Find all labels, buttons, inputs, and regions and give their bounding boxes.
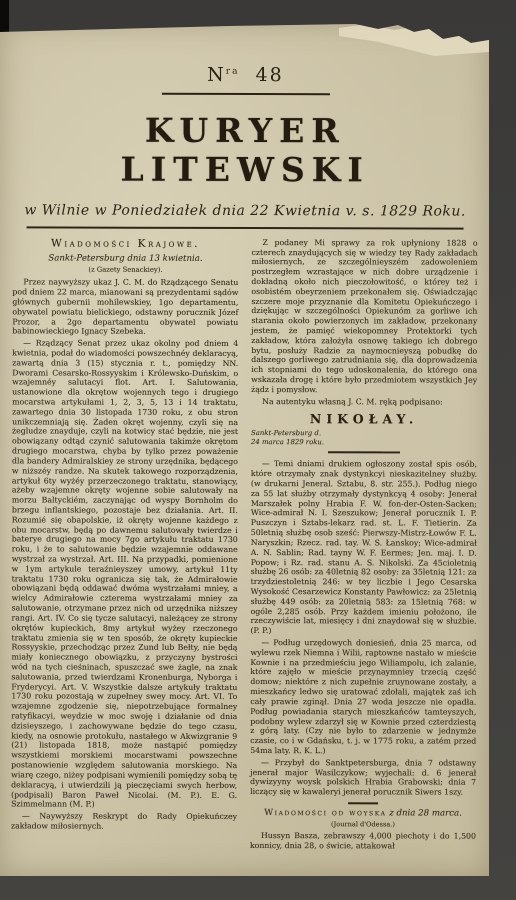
paragraph: Przez naywyższy ukaz J. C. M. do Rządząc… bbox=[12, 278, 238, 337]
newspaper-sheet: Nra 48 KURYER LITEWSKI w Wilnie w Ponied… bbox=[0, 22, 489, 876]
rescript-paragraph: Z podaney Mi sprawy za rok upłyniony 182… bbox=[251, 238, 477, 396]
article-dateline: Sankt-Petersburg dnia 13 kwietnia. bbox=[12, 253, 238, 264]
section-divider-rule bbox=[328, 451, 400, 453]
paragraph: — Podług urzędowych doniesień, dnia 25 m… bbox=[250, 638, 476, 756]
masthead-rule bbox=[27, 226, 464, 229]
right-column: Z podaney Mi sprawy za rok upłyniony 182… bbox=[250, 238, 478, 853]
issue-number: Nra 48 bbox=[13, 63, 478, 86]
army-news-source: (Journal d'Odessa.) bbox=[250, 820, 476, 829]
page-content: Nra 48 KURYER LITEWSKI w Wilnie w Ponied… bbox=[11, 45, 478, 853]
two-column-body: Wiadomości Krajowe. Sankt-Petersburg dni… bbox=[11, 237, 478, 853]
signature-date: 24 marca 1829 roku. bbox=[251, 438, 477, 448]
issue-prefix: N bbox=[207, 64, 226, 86]
army-heading-date: z dnia 28 marca. bbox=[387, 808, 462, 818]
imperial-signature: NIKOŁAY. bbox=[251, 411, 477, 427]
signature-intro: Na autentyku własną J. C. M. ręką podpis… bbox=[251, 397, 477, 407]
paragraph: — Naywyższy Reskrypt do Rady Opiekuńczey… bbox=[11, 812, 237, 832]
section-heading-domestic-news: Wiadomości Krajowe. bbox=[13, 237, 239, 251]
paragraph: — Rządzący Senat przez ukaz okolny pod d… bbox=[11, 339, 238, 811]
publication-dateline: w Wilnie w Poniedziałek dnia 22 Kwietnia… bbox=[13, 202, 478, 219]
paragraph: — Przybył do Sanktpetersburga, dnia 7 od… bbox=[250, 758, 476, 798]
right-column-paragraphs: — Temi dniami drukiem ogłoszony został s… bbox=[250, 459, 477, 797]
left-column-paragraphs: Przez naywyższy ukaz J. C. M. do Rządząc… bbox=[11, 278, 238, 832]
issue-superscript: ra bbox=[226, 67, 240, 77]
issue-value: 48 bbox=[256, 64, 284, 86]
issue-rule bbox=[161, 93, 329, 95]
army-section-rule bbox=[348, 802, 378, 804]
army-news-paragraph: Hussyn Basza, zebrawszy 4,000 piechoty i… bbox=[250, 831, 476, 851]
newspaper-title: KURYER LITEWSKI bbox=[13, 110, 478, 189]
scanned-newspaper-page: Nra 48 KURYER LITEWSKI w Wilnie w Ponied… bbox=[0, 0, 516, 900]
left-column: Wiadomości Krajowe. Sankt-Petersburg dni… bbox=[11, 237, 239, 852]
army-news-heading: Wiadomości od woyska z dnia 28 marca. bbox=[250, 808, 476, 819]
army-heading-caps: Wiadomości od woyska bbox=[264, 808, 386, 818]
paragraph: — Temi dniami drukiem ogłoszony został s… bbox=[251, 459, 477, 636]
article-source: (z Gazety Senackiey). bbox=[12, 265, 238, 274]
